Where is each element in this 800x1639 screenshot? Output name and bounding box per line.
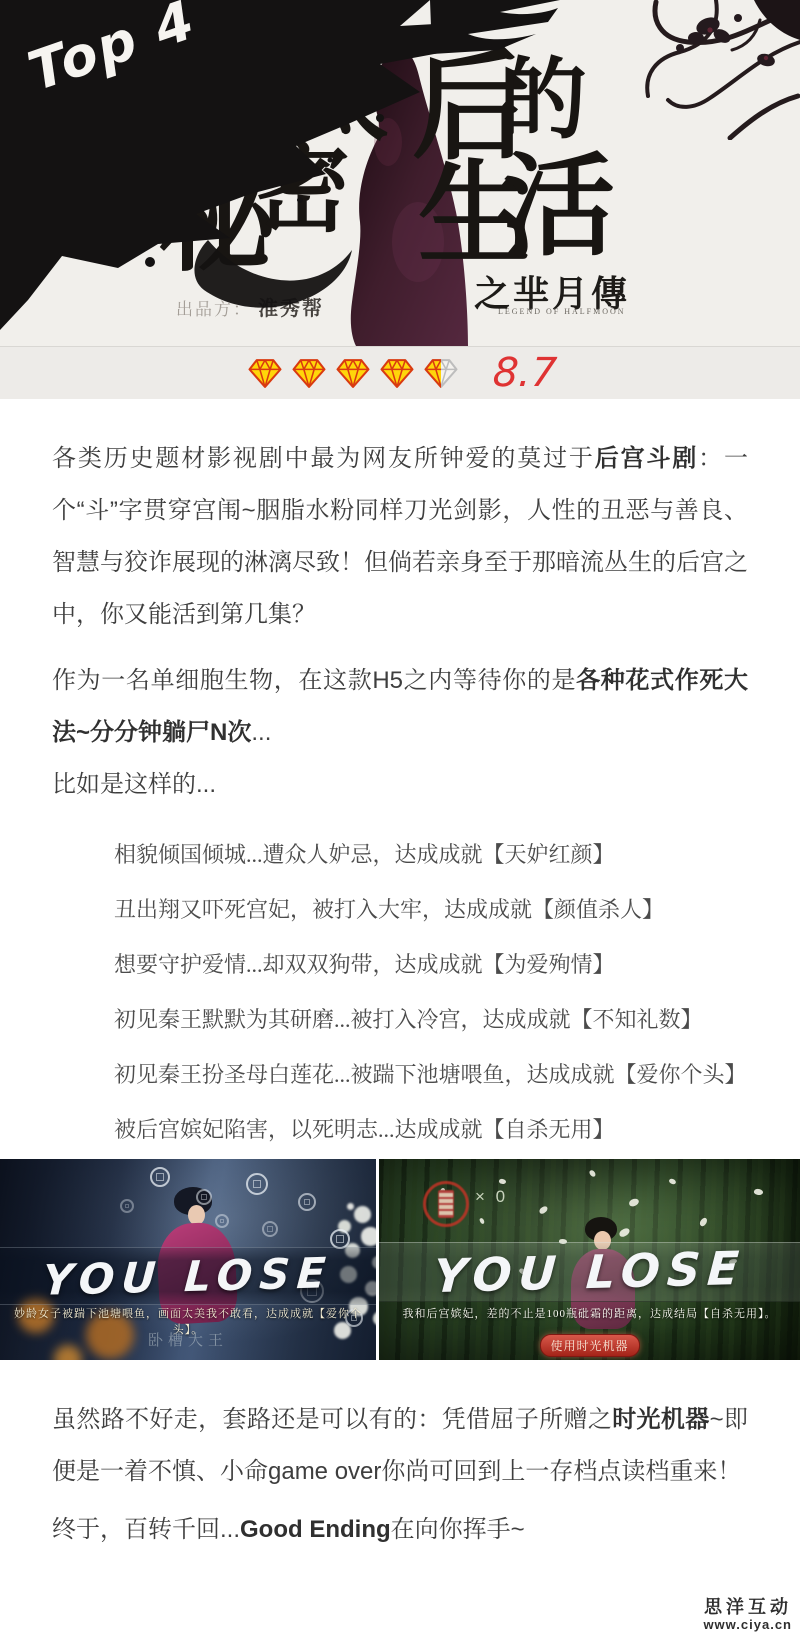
- you-lose-banner: YOU LOSE: [379, 1242, 800, 1302]
- p4-pre: 虽然路不好走，套路还是可以有的：凭借屈子所赠之: [52, 1406, 612, 1433]
- article-page: Top 4: [0, 0, 800, 1639]
- talisman-count: × 0: [475, 1187, 508, 1207]
- coin-icon: [120, 1199, 134, 1213]
- achievement-item: 被后宫嫔妃陷害，以死明志...达成成就【自杀无用】: [114, 1102, 748, 1157]
- achievement-item: 相貌倾国倾城...遭众人妒忌，达成成就【天妒红颜】: [114, 827, 748, 882]
- paragraph-5: 终于，百转千回...Good Ending在向你挥手~: [52, 1504, 748, 1556]
- achievement-list: 相貌倾国倾城...遭众人妒忌，达成成就【天妒红颜】 丑出翔又吓死宫妃，被打入大牢…: [114, 827, 748, 1157]
- p5-post: 在向你挥手~: [391, 1516, 525, 1543]
- coin-icon: [330, 1229, 350, 1249]
- blossom-cluster: [347, 1203, 354, 1210]
- lose-caption: 我和后宫嫔妃，差的不止是100瓶砒霜的距离，达成结局【自杀无用】。: [379, 1305, 800, 1321]
- paragraph-1: 各类历史题材影视剧中最为网友所钟爱的莫过于后宫斗剧：一个“斗”字贯穿宫闱~胭脂水…: [52, 433, 748, 641]
- gem-icon-full: [334, 357, 372, 390]
- watermark: 思洋互动 www.ciya.cn: [703, 1597, 792, 1633]
- game-screenshots: YOU LOSE 妙龄女子被踹下池塘喂鱼，画面太美我不敢看，达成成就【爱你个头】…: [0, 1159, 800, 1360]
- screenshot-pond-lose: YOU LOSE 妙龄女子被踹下池塘喂鱼，画面太美我不敢看，达成成就【爱你个头】…: [0, 1159, 376, 1360]
- p1-post: ：一个“斗”字贯穿宫闱~胭脂水粉同样刀光剑影，人性的丑恶与善良、智慧与狡诈展现的…: [52, 445, 748, 628]
- header-banner: Top 4: [0, 0, 800, 346]
- watermark-url: www.ciya.cn: [703, 1618, 792, 1633]
- you-lose-text: YOU LOSE: [432, 1241, 747, 1303]
- p2-pre: 作为一名单细胞生物，在这款H5之内等待你的是: [52, 667, 576, 694]
- p1-pre: 各类历史题材影视剧中最为网友所钟爱的莫过于: [52, 445, 595, 472]
- good-ending-highlight: Good Ending: [240, 1516, 391, 1543]
- coin-icon: [196, 1189, 212, 1205]
- achievement-item: 丑出翔又吓死宫妃，被打入大牢，达成成就【颜值杀人】: [114, 882, 748, 937]
- article-body-bottom: 虽然路不好走，套路还是可以有的：凭借屈子所赠之时光机器~即便是一着不慎、小命ga…: [0, 1394, 800, 1556]
- gem-icon-half: [422, 357, 460, 390]
- paragraph-2: 作为一名单细胞生物，在这款H5之内等待你的是各种花式作死大法~分分钟躺尸N次..…: [52, 655, 748, 759]
- coin-icon: [246, 1173, 268, 1195]
- p4-bold: 时光机器: [612, 1406, 709, 1433]
- rating-bar: 8.7: [0, 346, 800, 399]
- paragraph-4: 虽然路不好走，套路还是可以有的：凭借屈子所赠之时光机器~即便是一着不慎、小命ga…: [52, 1394, 748, 1498]
- gem-icon-full: [378, 357, 416, 390]
- screenshot-bamboo-lose: × 0 YOU LOSE 我和后宫嫔妃，差的不止是100瓶砒霜的距离，达成结局【…: [379, 1159, 800, 1360]
- watermark-name: 思洋互动: [703, 1597, 792, 1618]
- p5-pre: 终于，百转千回...: [52, 1516, 240, 1543]
- rating-gems: [243, 357, 463, 390]
- gem-icon-full: [246, 357, 284, 390]
- coin-icon: [150, 1167, 170, 1187]
- wocao-daiwang-button[interactable]: 卧槽大王: [0, 1329, 376, 1350]
- coin-icon: [298, 1193, 316, 1211]
- achievement-item: 初见秦王默默为其研磨...被打入冷宫，达成成就【不知礼数】: [114, 992, 748, 1047]
- coin-icon: [215, 1214, 229, 1228]
- p1-bold: 后宫斗剧: [595, 445, 698, 472]
- gem-icon-full: [290, 357, 328, 390]
- talisman-icon: [438, 1190, 454, 1218]
- talisman-counter-icon: [423, 1181, 469, 1227]
- use-time-machine-button[interactable]: 使用时光机器: [540, 1334, 640, 1357]
- article-body-top: 各类历史题材影视剧中最为网友所钟爱的莫过于后宫斗剧：一个“斗”字贯穿宫闱~胭脂水…: [0, 433, 800, 1157]
- rating-score: 8.7: [492, 350, 559, 396]
- paragraph-3: 比如是这样的...: [52, 759, 748, 811]
- you-lose-banner: YOU LOSE: [0, 1247, 376, 1305]
- coin-icon: [262, 1221, 278, 1237]
- branch-illustration-icon: [560, 0, 800, 140]
- p2-post: ...: [251, 719, 271, 746]
- you-lose-text: YOU LOSE: [42, 1248, 335, 1305]
- achievement-item: 初见秦王扮圣母白莲花...被踹下池塘喂鱼，达成成就【爱你个头】: [114, 1047, 748, 1102]
- achievement-item: 想要守护爱情...却双双狗带，达成成就【为爱殉情】: [114, 937, 748, 992]
